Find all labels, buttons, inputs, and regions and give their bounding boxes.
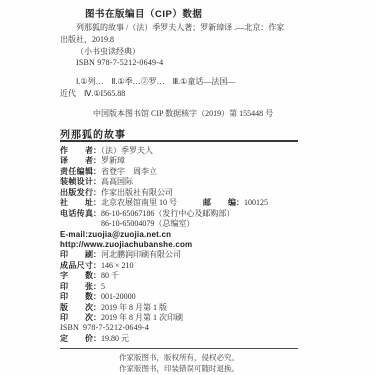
detail-row-size: 成品尺寸：146 × 210 bbox=[60, 261, 320, 271]
detail-label: 装帧设计 bbox=[60, 177, 93, 187]
detail-label: 电话传真 bbox=[60, 209, 93, 219]
detail-value: 146 × 210 bbox=[101, 261, 134, 270]
detail-label: 印张 bbox=[60, 282, 93, 292]
detail-row-sheets: 印张：5 bbox=[60, 282, 320, 292]
detail-label: 作者 bbox=[60, 146, 93, 156]
detail-row-price: 定价：19.80 元 bbox=[60, 334, 320, 344]
detail-value: 河北鹏润印刷有限公司 bbox=[101, 250, 181, 259]
cip-entry: 列那狐的故事 /（法）季罗夫人著；罗新璋译 .—北京：作家 出版社，2019.8 bbox=[60, 22, 302, 45]
detail-label: 定价 bbox=[60, 334, 93, 344]
detail-row-edition: 版次：2019 年 8 月第 1 版 bbox=[60, 303, 320, 313]
detail-value: 2019 年 8 月第 1 版 bbox=[101, 303, 167, 312]
detail-row-phone2: 86-10-65004079（总编室） bbox=[60, 219, 320, 229]
detail-row-printer: 印刷：河北鹏润印刷有限公司 bbox=[60, 250, 320, 260]
footer-notice: 作家版图书，版权所有，侵权必究。 作家版图书，印装错误可随时退换。 bbox=[60, 353, 298, 374]
copyright-notice: 作家版图书，版权所有，侵权必究。 bbox=[60, 353, 298, 364]
postal-code-pair: 邮编：100125 bbox=[203, 198, 268, 208]
detail-value: 001-20000 bbox=[101, 292, 136, 301]
detail-value: 北京农展馆南里 10 号 bbox=[101, 198, 177, 207]
detail-label: 成品尺寸 bbox=[60, 261, 93, 271]
detail-row-website: http://www.zuojiachubanshe.com bbox=[60, 240, 320, 250]
detail-value: 80 千 bbox=[101, 271, 119, 280]
detail-label: 印次 bbox=[60, 313, 93, 323]
detail-row-translator: 译者：罗新璋 bbox=[60, 156, 320, 166]
cip-class-line1: Ⅰ.①列… Ⅱ.①季…②罗… Ⅲ.①童话—法国— bbox=[60, 76, 302, 88]
detail-value: 作家出版社有限公司 bbox=[101, 188, 173, 197]
cip-class-line2: 近代 Ⅳ.①I565.88 bbox=[60, 88, 302, 100]
cip-series: （小书虫读经典） bbox=[76, 46, 140, 57]
isbn-value: 978-7-5212-0649-4 bbox=[83, 323, 149, 332]
detail-row-address: 社址：北京农展馆南里 10 号邮编：100125 bbox=[60, 198, 320, 208]
publication-details: 作者：（法）季罗夫人 译者：罗新璋 责任编辑：省登宇 周李立 装帧设计：高高国际… bbox=[60, 146, 320, 344]
detail-value: 100125 bbox=[244, 198, 268, 207]
detail-row-email: E-mail:zuojia＠zuojia.net.cn bbox=[60, 230, 320, 240]
detail-label: 邮编 bbox=[203, 198, 236, 208]
detail-label: 责任编辑 bbox=[60, 167, 93, 177]
detail-label: 出版发行 bbox=[60, 188, 93, 198]
detail-label: 印刷 bbox=[60, 250, 93, 260]
detail-row-impression: 印次：2019 年 8 月第 1 次印刷 bbox=[60, 313, 320, 323]
detail-row-printrun: 印数：001-20000 bbox=[60, 292, 320, 302]
cip-entry-line2: 出版社，2019.8 bbox=[60, 34, 302, 46]
cip-record-note: 中国版本图书馆 CIP 数据核字（2019）第 155448 号 bbox=[93, 108, 273, 119]
book-title: 列那狐的故事 bbox=[60, 126, 126, 141]
detail-label: 社址 bbox=[60, 198, 93, 208]
detail-label: 译者 bbox=[60, 156, 93, 166]
detail-row-wordcount: 字数：80 千 bbox=[60, 271, 320, 281]
title-divider bbox=[60, 140, 298, 142]
detail-row-design: 装帧设计：高高国际 bbox=[60, 177, 320, 187]
detail-value: 罗新璋 bbox=[101, 156, 125, 165]
isbn-label: ISBN bbox=[60, 323, 79, 332]
cip-isbn: ISBN 978-7-5212-0649-4 bbox=[76, 58, 163, 67]
detail-label: 版次 bbox=[60, 303, 93, 313]
detail-value: 86-10-65067186（发行中心及邮购部） bbox=[101, 209, 234, 218]
detail-row-isbn: ISBN978-7-5212-0649-4 bbox=[60, 323, 320, 333]
cip-entry-line1: 列那狐的故事 /（法）季罗夫人著；罗新璋译 .—北京：作家 bbox=[60, 22, 302, 34]
detail-row-author: 作者：（法）季罗夫人 bbox=[60, 146, 320, 156]
detail-label: 印数 bbox=[60, 292, 93, 302]
detail-value: （法）季罗夫人 bbox=[101, 146, 153, 155]
detail-value: 5 bbox=[101, 282, 105, 291]
footer-divider bbox=[60, 348, 298, 349]
detail-value: 高高国际 bbox=[101, 177, 133, 186]
detail-row-publisher: 出版发行：作家出版社有限公司 bbox=[60, 188, 320, 198]
exchange-notice: 作家版图书，印装错误可随时退换。 bbox=[60, 364, 298, 375]
detail-value: 省登宇 周李立 bbox=[101, 167, 157, 176]
detail-label: 字数 bbox=[60, 271, 93, 281]
cip-header: 图书在版编目（CIP）数据 bbox=[85, 6, 202, 20]
cip-classification: Ⅰ.①列… Ⅱ.①季…②罗… Ⅲ.①童话—法国— 近代 Ⅳ.①I565.88 bbox=[60, 76, 302, 100]
detail-row-editor: 责任编辑：省登宇 周李立 bbox=[60, 167, 320, 177]
detail-row-phone: 电话传真：86-10-65067186（发行中心及邮购部） bbox=[60, 209, 320, 219]
copyright-page: 图书在版编目（CIP）数据 列那狐的故事 /（法）季罗夫人著；罗新璋译 .—北京… bbox=[0, 0, 375, 375]
detail-value: 19.80 元 bbox=[101, 334, 129, 343]
detail-value: 2019 年 8 月第 1 次印刷 bbox=[101, 313, 183, 322]
